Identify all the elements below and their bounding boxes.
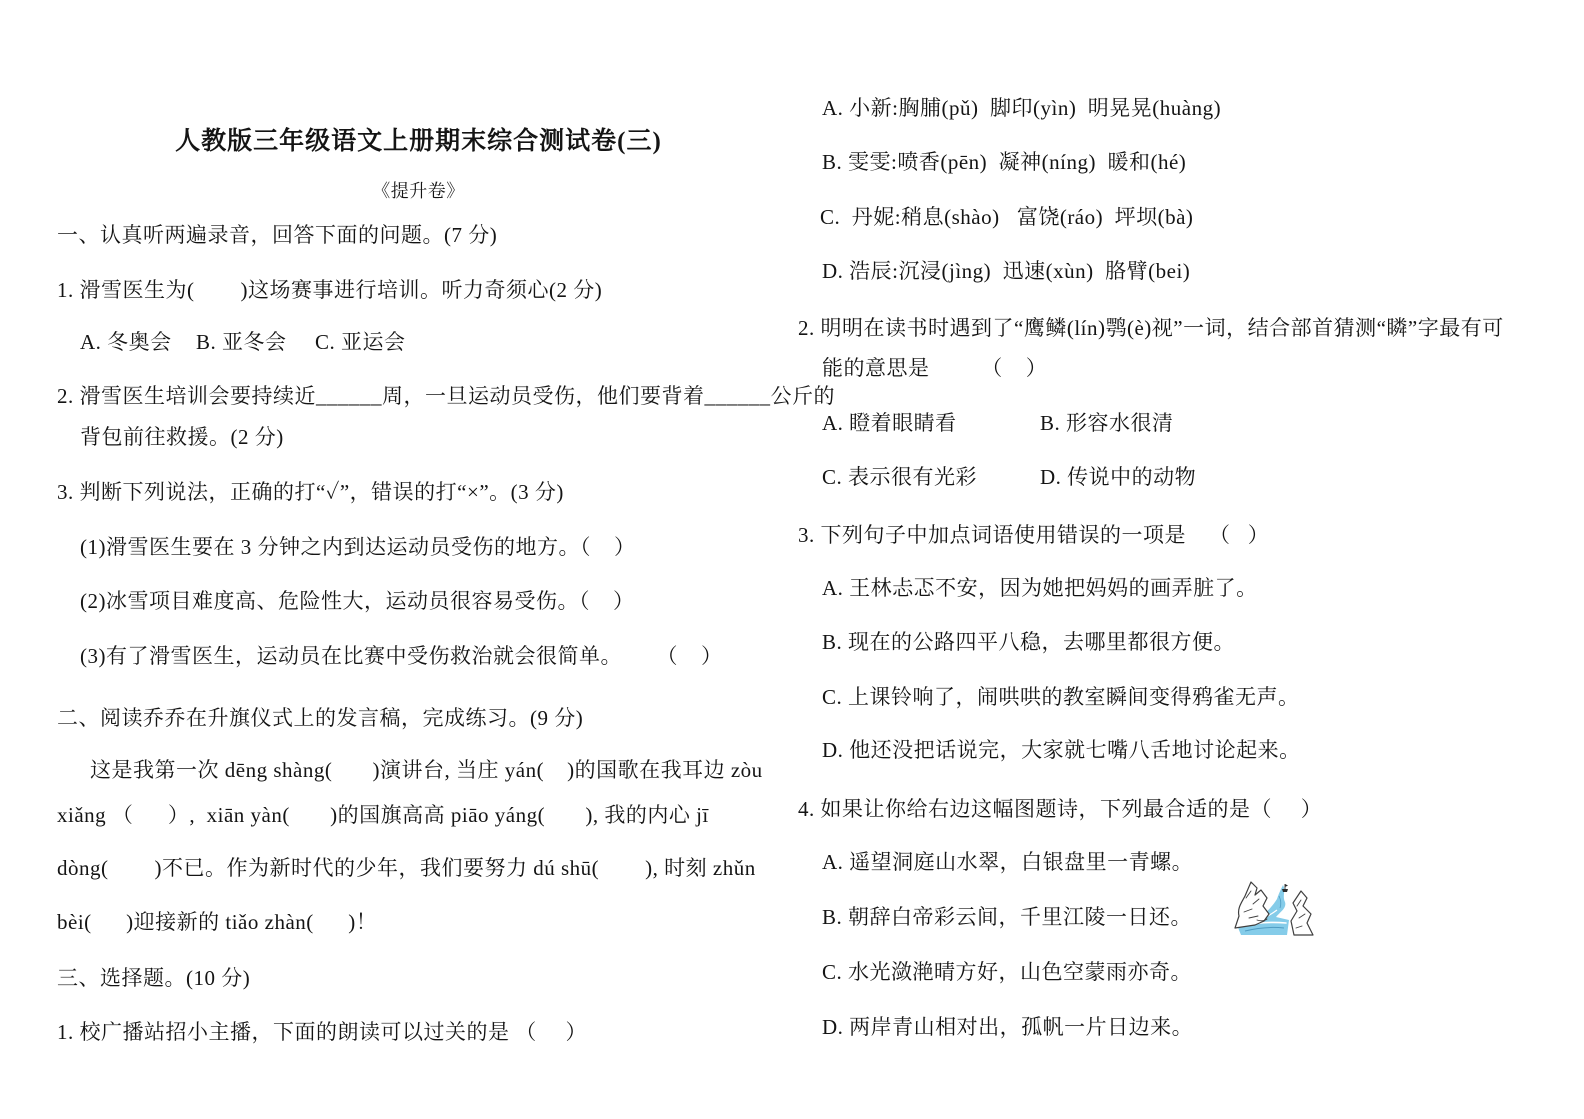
doc-title: 人教版三年级语文上册期末综合测试卷(三) [57,128,780,156]
listening-q1-option-b: B. 亚冬会 [196,328,287,356]
choice-q2-line1: 2. 明明在读书时遇到了“鹰鳞(lín)鹗(è)视”一词，结合部首猜测“瞵”字最… [798,314,1504,342]
listening-q1-option-c: C. 亚运会 [315,328,406,356]
river-gorge-drawing [1233,876,1321,940]
choice-q4-option-c: C. 水光潋滟晴方好，山色空蒙雨亦奇。 [822,958,1192,986]
listening-q3-item3: (3)有了滑雪医生，运动员在比赛中受伤救治就会很简单。 （ ） [80,642,722,670]
boat-icon [1282,889,1288,892]
choice-q4-option-a: A. 遥望洞庭山水翠，白银盘里一青螺。 [822,848,1193,876]
choice-q1-option-b: B. 雯雯:喷香(pēn) 凝神(níng) 暖和(hé) [822,148,1186,176]
choice-q3-option-c: C. 上课铃响了，闹哄哄的教室瞬间变得鸦雀无声。 [822,683,1300,711]
choice-q3-option-a: A. 王林忐忑不安，因为她把妈妈的画弄脏了。 [822,574,1258,602]
choice-q3-stem: 3. 下列句子中加点词语使用错误的一项是 （ ） [798,521,1269,549]
choice-q2-option-b: B. 形容水很清 [1040,409,1174,437]
choice-q4-option-d: D. 两岸青山相对出，孤帆一片日边来。 [822,1013,1193,1041]
passage-line1: 这是我第一次 dēng shàng( )演讲台, 当庄 yán( )的国歌在我耳… [90,756,763,784]
passage-line4: bèi( )迎接新的 tiǎo zhàn( )！ [57,908,377,936]
listening-q2-line2: 背包前往救援。(2 分) [80,423,284,451]
choice-q2-option-a: A. 瞪着眼睛看 [822,409,957,437]
choice-q3-option-d: D. 他还没把话说完，大家就七嘴八舌地讨论起来。 [822,736,1301,764]
choice-q4-option-b: B. 朝辞白帝彩云间，千里江陵一日还。 [822,903,1192,931]
river-gorge-illustration [1233,876,1321,940]
choice-q1-option-c: C. 丹妮:稍息(shào) 富饶(ráo) 坪坝(bà) [820,203,1193,231]
choice-q4-stem: 4. 如果让你给右边这幅图题诗，下列最合适的是（ ） [798,795,1322,823]
listening-q3-item1: (1)滑雪医生要在 3 分钟之内到达运动员受伤的地方。（ ） [80,533,635,561]
doc-subtitle: 《提升卷》 [57,177,780,205]
listening-q3-item2: (2)冰雪项目难度高、危险性大，运动员很容易受伤。（ ） [80,587,634,615]
section-1-heading: 一、认真听两遍录音，回答下面的问题。(7 分) [57,221,497,249]
choice-q1-option-a: A. 小新:胸脯(pǔ) 脚印(yìn) 明晃晃(huàng) [822,94,1221,122]
listening-q2-line1: 2. 滑雪医生培训会要持续近______周，一旦运动员受伤，他们要背着_____… [57,382,835,410]
choice-q1-option-d: D. 浩辰:沉浸(jìng) 迅速(xùn) 胳臂(bei) [822,257,1190,285]
choice-q2-option-c: C. 表示很有光彩 [822,463,977,491]
choice-q2-line2: 能的意思是 （ ） [822,354,1047,382]
choice-q1-stem: 1. 校广播站招小主播，下面的朗读可以过关的是 （ ） [57,1018,587,1046]
choice-q2-option-d: D. 传说中的动物 [1040,463,1196,491]
listening-q3-stem: 3. 判断下列说法，正确的打“✓”，错误的打“×”。(3 分) [57,478,564,506]
passage-line2: xiǎng （ ）, xiān yàn( )的国旗高高 piāo yáng( )… [57,801,709,829]
test-paper-page: { "doc": { "title": "人教版三年级语文上册期末综合测试卷(三… [0,0,1584,1119]
choice-q3-option-b: B. 现在的公路四平八稳，去哪里都很方便。 [822,628,1235,656]
section-3-heading: 三、选择题。(10 分) [57,964,250,992]
passage-line3: dòng( )不已。作为新时代的少年，我们要努力 dú shū( ), 时刻 z… [57,854,756,882]
listening-q1-stem: 1. 滑雪医生为( )这场赛事进行培训。听力奇须心(2 分) [57,276,602,304]
section-2-heading: 二、阅读乔乔在升旗仪式上的发言稿，完成练习。(9 分) [57,704,583,732]
listening-q1-option-a: A. 冬奥会 [80,328,172,356]
